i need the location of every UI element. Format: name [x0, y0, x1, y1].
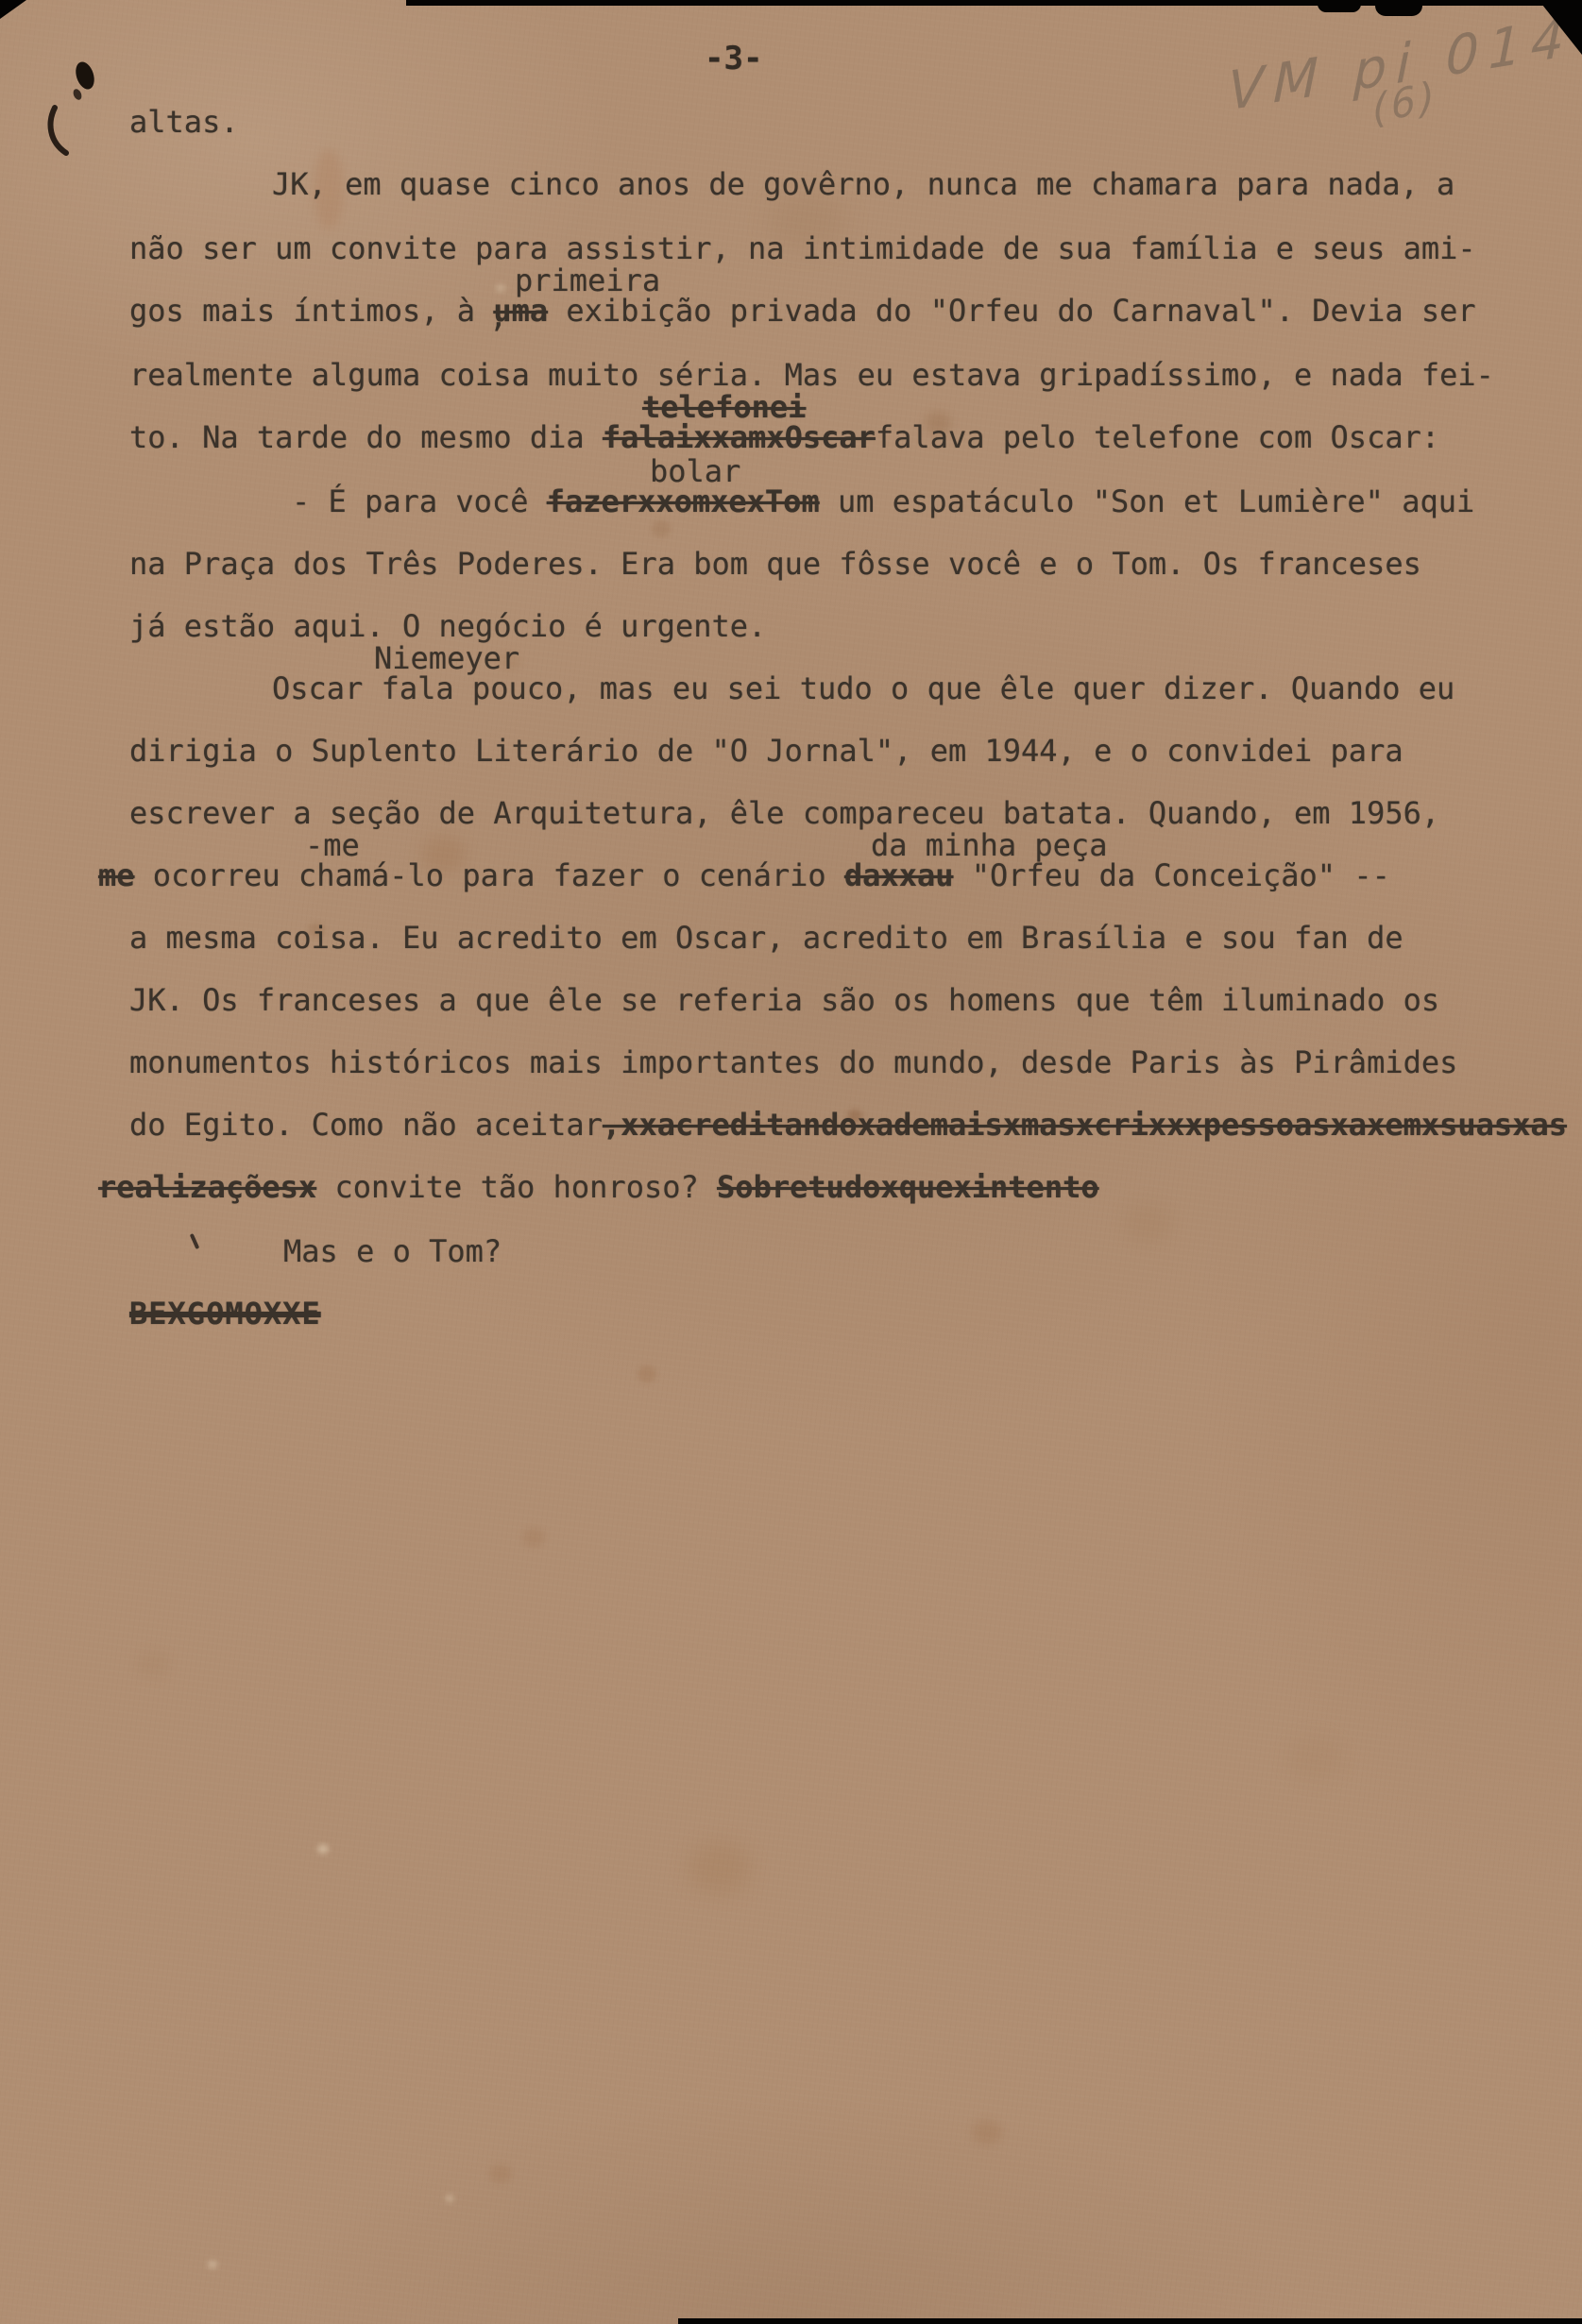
text-segment: JK. Os franceses a que êle se referia sã… — [129, 982, 1439, 1018]
typed-line: JK. Os franceses a que êle se referia sã… — [129, 984, 1439, 1016]
typed-line: do Egito. Como não aceitar,xxacreditando… — [129, 1109, 1567, 1141]
text-segment: Oscar fala pouco, mas eu sei tudo o que … — [272, 670, 1454, 706]
page-number: -3- — [705, 42, 762, 76]
text-segment: altas. — [129, 104, 239, 140]
struck-text: BEXGOMOXXE — [129, 1296, 321, 1332]
struck-text: daxxau — [844, 857, 954, 893]
text-segment: convite tão honroso? — [316, 1169, 717, 1205]
text-segment: "Orfeu da Conceição" -- — [953, 857, 1389, 893]
stain — [688, 1841, 752, 1894]
stain — [638, 1366, 656, 1383]
text-segment: exibição privada do "Orfeu do Carnaval".… — [548, 293, 1476, 329]
struck-text: uma — [493, 293, 548, 329]
torn-edge-notch — [1375, 0, 1422, 16]
stain — [972, 2120, 1002, 2145]
typed-line: escrever a seção de Arquitetura, êle com… — [129, 797, 1439, 829]
typed-line: - É para você fazerxxomxexTom um espatác… — [292, 485, 1474, 517]
ink-blot — [32, 53, 123, 176]
typed-line: me ocorreu chamá-lo para fazer o cenário… — [98, 859, 1390, 891]
typed-line: Niemeyer — [374, 642, 519, 674]
struck-text: realizaçõesx — [98, 1169, 316, 1205]
stain — [208, 2261, 217, 2268]
stain — [522, 1528, 545, 1547]
text-segment: JK, em quase cinco anos de govêrno, nunc… — [272, 166, 1454, 202]
typed-line: a mesma coisa. Eu acredito em Oscar, acr… — [129, 922, 1403, 954]
typed-line: gos mais íntimos, à uma exibição privada… — [129, 295, 1476, 327]
stain — [496, 284, 505, 292]
text-segment: do Egito. Como não aceitar — [129, 1107, 603, 1143]
text-segment: não ser um convite para assistir, na int… — [129, 230, 1476, 266]
paper: -3- VM pi 014 (6) altas.JK, em quase cin… — [0, 0, 1582, 2324]
typed-line: Mas e o Tom? — [283, 1235, 502, 1267]
struck-text: ,xxacreditandoxademaisxmasxcrixxxpessoas… — [603, 1107, 1567, 1143]
text-segment: a mesma coisa. Eu acredito em Oscar, acr… — [129, 920, 1403, 956]
text-segment: gos mais íntimos, à — [129, 293, 493, 329]
text-segment: dirigia o Suplento Literário de "O Jorna… — [129, 733, 1403, 769]
torn-edge-top-left — [0, 0, 26, 19]
typed-line: to. Na tarde do mesmo dia falaixxamxOsca… — [129, 421, 1439, 453]
stain — [489, 2164, 512, 2183]
typed-line: bolar — [650, 455, 740, 487]
typed-line: BEXGOMOXXE — [129, 1298, 321, 1330]
stain — [136, 1650, 170, 1678]
pen-tick — [190, 1233, 200, 1249]
struck-text: fazerxxomxexTom — [547, 483, 820, 519]
struck-text: Sobretudoxquexintento — [717, 1169, 1099, 1205]
typed-line: da minha peça — [871, 829, 1107, 861]
text-segment: na Praça dos Três Poderes. Era bom que f… — [129, 546, 1421, 582]
stain — [1286, 1736, 1343, 1781]
typed-line: não ser um convite para assistir, na int… — [129, 232, 1476, 264]
text-segment: Mas e o Tom? — [283, 1233, 502, 1269]
text-segment: to. Na tarde do mesmo dia — [129, 419, 603, 455]
torn-edge-notch — [1318, 0, 1361, 12]
typed-line: altas. — [129, 106, 239, 138]
struck-text: falaixxamxOscar — [603, 419, 876, 455]
text-segment: escrever a seção de Arquitetura, êle com… — [129, 795, 1439, 831]
stain — [446, 2195, 453, 2202]
torn-edge-bottom — [678, 2318, 1582, 2324]
typed-line: monumentos históricos mais importantes d… — [129, 1046, 1457, 1078]
text-segment: um espatáculo "Son et Lumière" aqui — [820, 483, 1475, 519]
typed-line: já estão aqui. O negócio é urgente. — [129, 610, 766, 642]
stain — [317, 1844, 329, 1854]
typed-line: realmente alguma coisa muito séria. Mas … — [129, 359, 1494, 391]
typed-line: na Praça dos Três Poderes. Era bom que f… — [129, 548, 1421, 580]
typed-line: -me — [305, 829, 360, 861]
typed-line: realizaçõesx convite tão honroso? Sobret… — [98, 1171, 1099, 1203]
text-segment: - É para você — [292, 483, 547, 519]
struck-text: me — [98, 857, 135, 893]
typed-line: Oscar fala pouco, mas eu sei tudo o que … — [272, 672, 1454, 704]
stain — [652, 520, 671, 537]
text-segment: falava pelo telefone com Oscar: — [876, 419, 1439, 455]
text-segment: ocorreu chamá-lo para fazer o cenário — [135, 857, 844, 893]
typed-line: primeira — [515, 264, 660, 297]
typed-line: dirigia o Suplento Literário de "O Jorna… — [129, 735, 1403, 767]
text-segment: realmente alguma coisa muito séria. Mas … — [129, 357, 1494, 393]
stain — [1123, 1202, 1172, 1244]
text-segment: monumentos históricos mais importantes d… — [129, 1044, 1457, 1080]
text-segment: já estão aqui. O negócio é urgente. — [129, 608, 766, 644]
typed-line: JK, em quase cinco anos de govêrno, nunc… — [272, 168, 1454, 200]
typed-line: telefonei — [642, 391, 806, 423]
